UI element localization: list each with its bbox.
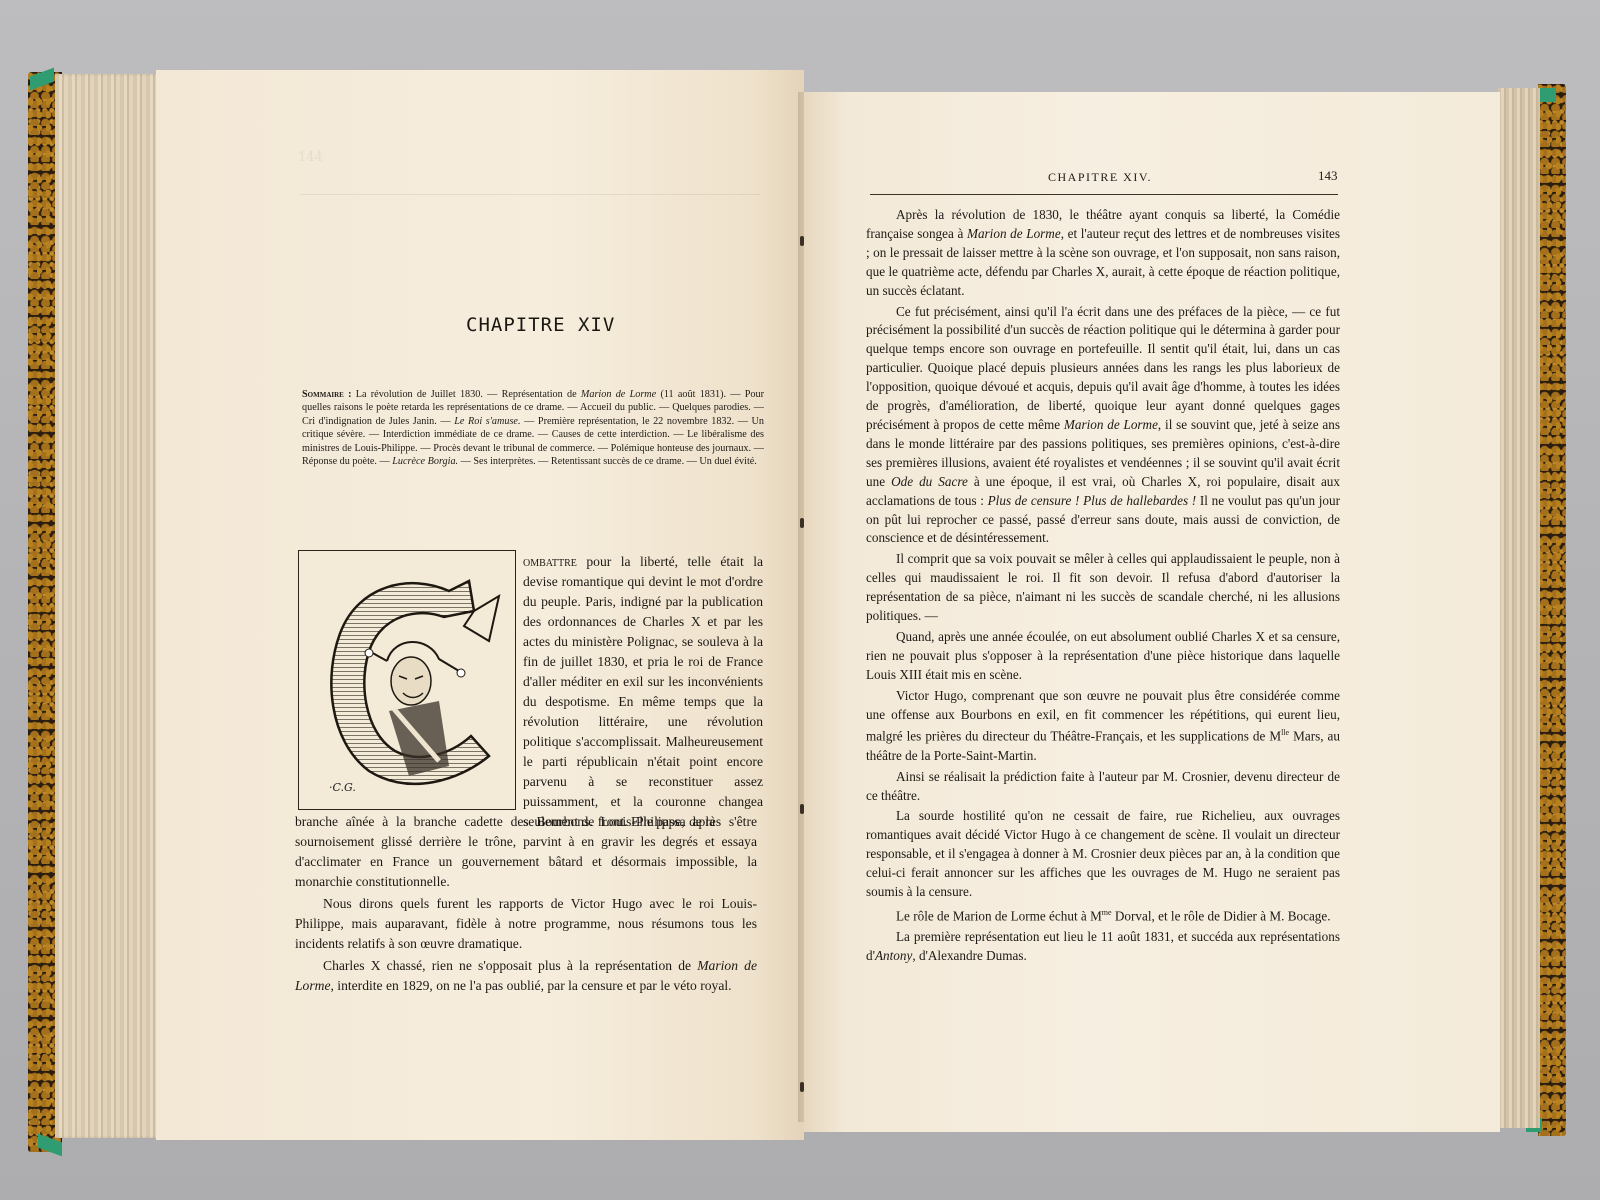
drop-cap-illustration: ·C.G. — [298, 550, 516, 810]
book-cover-right — [1538, 84, 1566, 1136]
paragraph: La sourde hostilité qu'on ne cessait de … — [866, 807, 1340, 902]
paragraph: Il comprit que sa voix pouvait se mêler … — [866, 550, 1340, 626]
paragraph: Charles X chassé, rien ne s'opposait plu… — [295, 956, 757, 996]
running-head: CHAPITRE XIV. — [1048, 170, 1152, 185]
paragraph: Quand, après une année écoulée, on eut a… — [866, 628, 1340, 685]
paragraph: Après la révolution de 1830, le théâtre … — [866, 206, 1340, 301]
page-edges-right — [1498, 88, 1540, 1128]
header-rule — [870, 194, 1338, 195]
corner-cloth-top-right — [1540, 88, 1556, 102]
jester-letter-c-icon — [299, 551, 515, 809]
summary-label: Sommaire : — [302, 389, 352, 400]
bleed-through-folio: 144 — [298, 150, 323, 165]
paragraph: Ainsi se réalisait la prédiction faite à… — [866, 768, 1340, 806]
paragraph: La première représentation eut lieu le 1… — [866, 928, 1340, 966]
chapter-title: CHAPITRE XIV — [466, 314, 615, 336]
chapter-summary: Sommaire : La révolution de Juillet 1830… — [302, 388, 764, 468]
bleed-through-rule — [300, 194, 760, 195]
right-page-body: Après la révolution de 1830, le théâtre … — [866, 206, 1340, 966]
paragraph: Nous dirons quels furent les rapports de… — [295, 894, 757, 954]
left-page-body: branche aînée à la branche cadette des B… — [295, 812, 757, 996]
engraver-signature: ·C.G. — [329, 781, 356, 794]
paragraph: Le rôle de Marion de Lorme échut à Mme D… — [866, 904, 1340, 926]
page-number: 143 — [1318, 168, 1338, 184]
paragraph: branche aînée à la branche cadette des B… — [295, 812, 757, 892]
opening-paragraph-narrow: ombattre pour la liberté, telle était la… — [523, 552, 763, 832]
page-edges-left — [55, 74, 160, 1138]
paragraph: Ce fut précisément, ainsi qu'il l'a écri… — [866, 303, 1340, 549]
paragraph: Victor Hugo, comprenant que son œuvre ne… — [866, 687, 1340, 766]
